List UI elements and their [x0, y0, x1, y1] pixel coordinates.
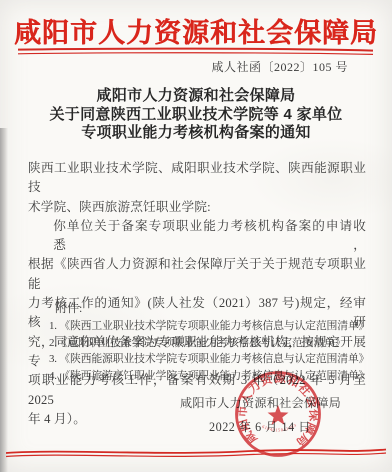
body-line: 陕西工业职业技术学院、咸阳职业技术学院、陕西能源职业技: [28, 159, 366, 198]
seal-code: 6104015041083: [261, 422, 297, 432]
letterhead-agency-name: 咸阳市人力资源和社会保障局: [14, 11, 378, 50]
attachment-item: 2.《咸阳职业技术学院专项职业能力考核信息与认定范围清单》: [49, 335, 371, 351]
scanned-document-page: 咸阳市人力资源和社会保障局 咸人社函〔2022〕105 号 咸阳市人力资源和社会…: [0, 0, 392, 472]
body-line: 你单位关于备案专项职业能力考核机构备案的申请收悉，: [28, 217, 366, 256]
attachments-label: 附件:: [55, 300, 371, 316]
body-line: 根据《陕西省人力资源和社会保障厅关于关于规范专项职业能: [28, 255, 366, 294]
letterhead-double-rule: [18, 47, 374, 57]
scan-edge-shadow: [0, 128, 8, 472]
document-title: 咸阳市人力资源和社会保障局 关于同意陕西工业职业技术学院等 4 家单位 专项职业…: [0, 87, 392, 143]
body-line: 术学院、陕西旅游烹饪职业学院:: [28, 198, 366, 217]
attachment-item: 1. 《陕西工业职业技术学院专项职业能力考核信息与认定范围清单》: [49, 318, 371, 334]
svg-text:6104015041083: 6104015041083: [261, 422, 297, 432]
document-title-line: 专项职业能力考核机构备案的通知: [0, 124, 392, 143]
document-number: 咸人社函〔2022〕105 号: [0, 58, 348, 75]
seal-star: [268, 405, 289, 425]
footer-double-rule: [6, 446, 387, 459]
attachment-item: 3. 《陕西能源职业技术学院专项职业能力考核信息与认定范围清单》: [49, 351, 371, 367]
document-title-line: 关于同意陕西工业职业技术学院等 4 家单位: [0, 106, 392, 125]
document-title-line: 咸阳市人力资源和社会保障局: [0, 87, 392, 106]
